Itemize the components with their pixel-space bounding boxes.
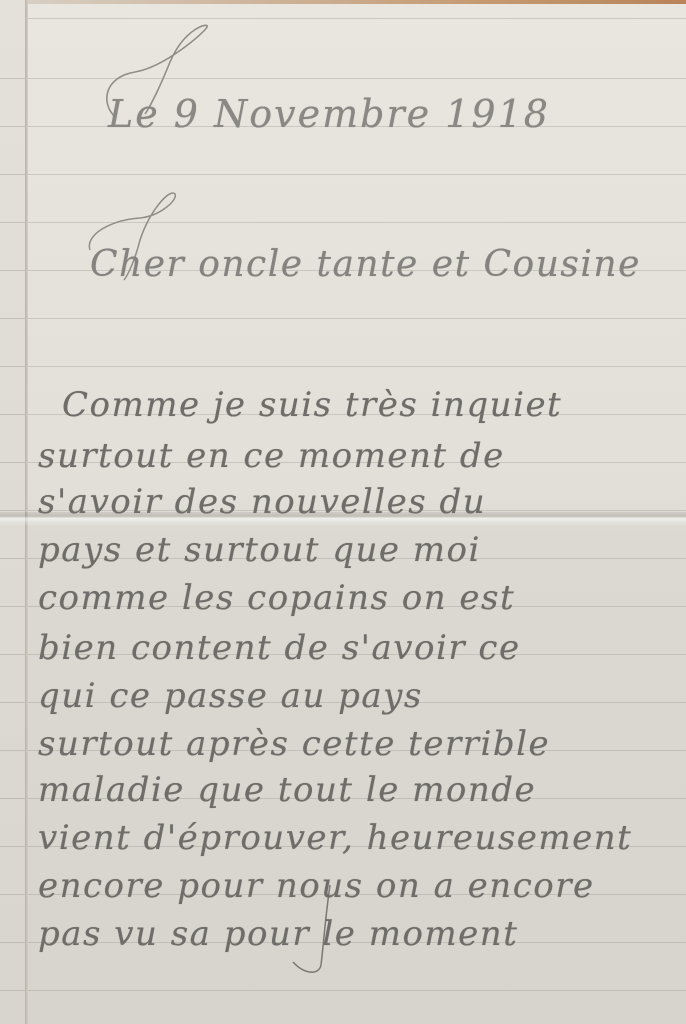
letter-line-11: encore pour nous on a encore xyxy=(38,866,595,906)
letter-line-9: maladie que tout le monde xyxy=(38,770,536,810)
letter-line-12: pas vu sa pour le moment xyxy=(38,914,518,954)
letter-line-2: surtout en ce moment de xyxy=(38,436,505,476)
letter-line-8: surtout après cette terrible xyxy=(38,724,550,764)
left-page-ruled-lines xyxy=(0,32,25,1024)
letter-line-1: Comme je suis très inquiet xyxy=(62,385,562,425)
letter-salutation: Cher oncle tante et Cousine xyxy=(90,244,641,285)
letter-line-6: bien content de s'avoir ce xyxy=(38,628,521,668)
letter-line-4: pays et surtout que moi xyxy=(38,530,481,570)
letter-line-10: vient d'éprouver, heureusement xyxy=(38,818,632,858)
letter-photograph: Le 9 Novembre 1918 Cher oncle tante et C… xyxy=(0,0,686,1024)
horizontal-fold-crease xyxy=(0,512,686,526)
letter-line-5: comme les copains on est xyxy=(38,578,515,618)
letter-line-7: qui ce passe au pays xyxy=(38,676,423,716)
letter-date: Le 9 Novembre 1918 xyxy=(108,92,550,136)
